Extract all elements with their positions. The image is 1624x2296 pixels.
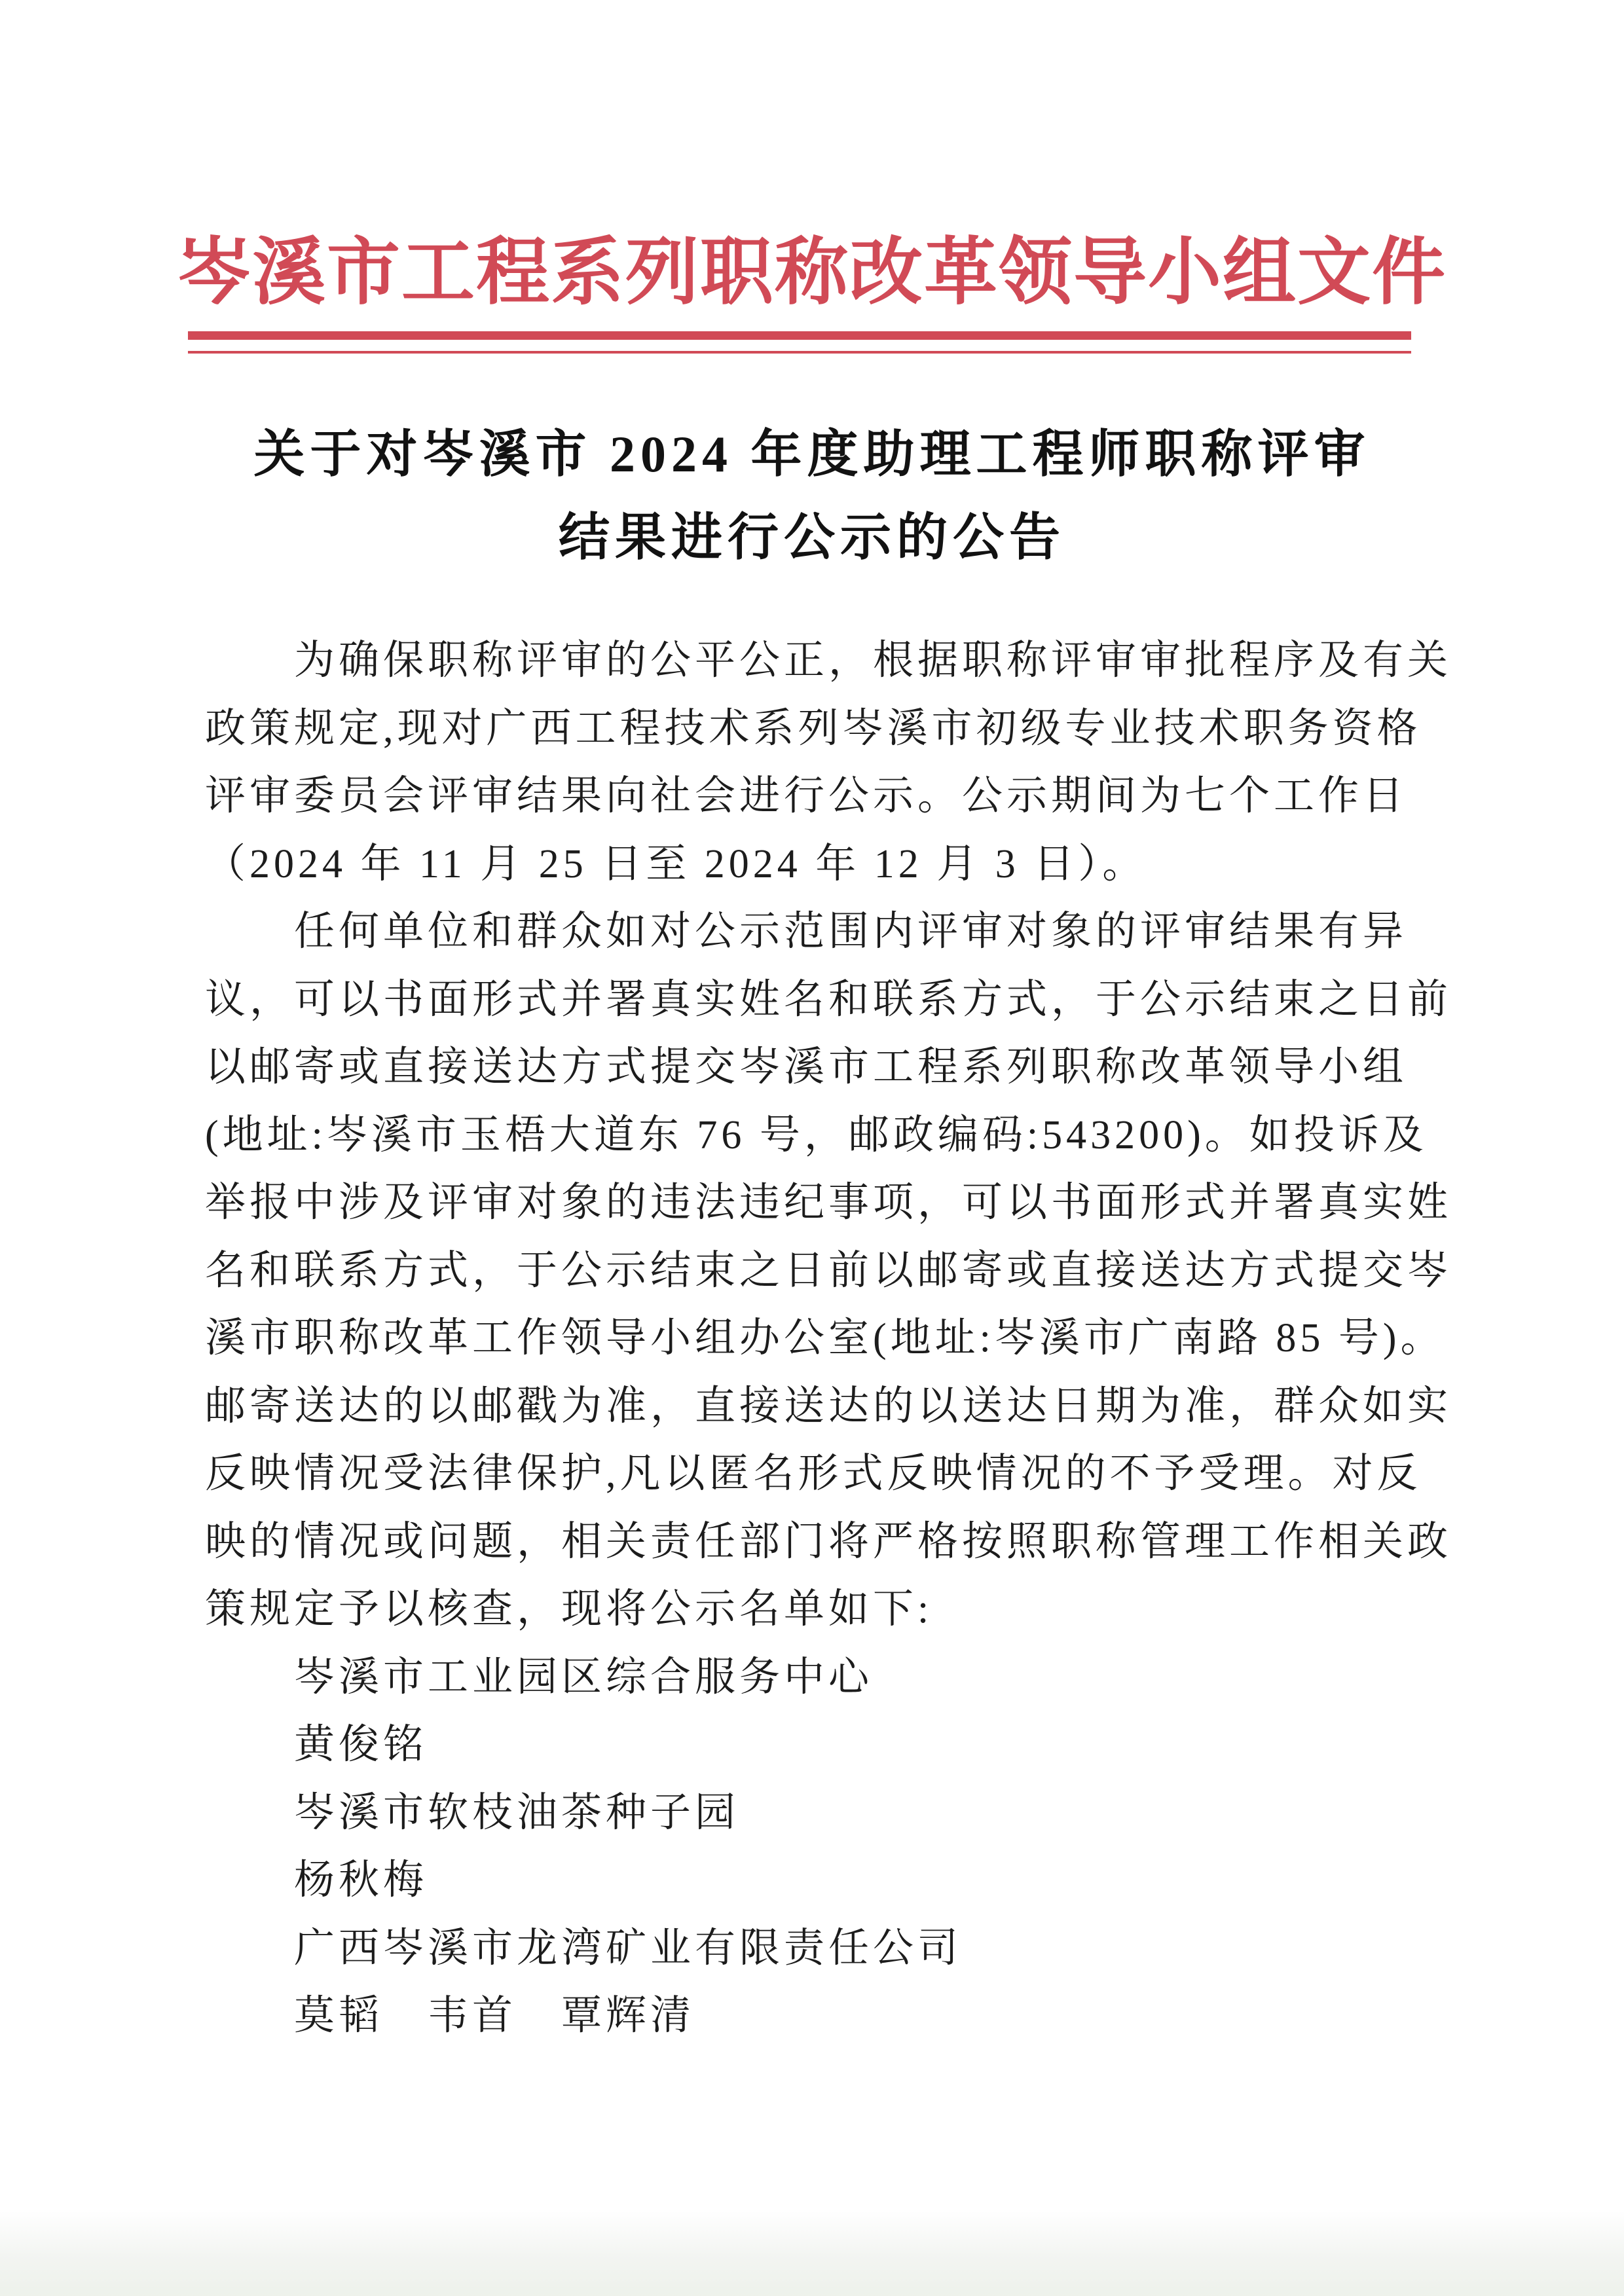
scanned-official-document-page: 岑溪市工程系列职称改革领导小组文件 关于对岑溪市 2024 年度助理工程师职称评… — [0, 0, 1624, 2296]
paragraph2-line: 以邮寄或直接送达方式提交岑溪市工程系列职称改革领导小组 — [205, 1034, 1416, 1102]
paragraph2-line: 反映情况受法律保护,凡以匿名形式反映情况的不予受理。对反 — [205, 1440, 1416, 1508]
paragraph2-line: 任何单位和群众如对公示范围内评审对象的评审结果有异 — [205, 898, 1416, 966]
document-title: 关于对岑溪市 2024 年度助理工程师职称评审 结果进行公示的公告 — [0, 412, 1624, 579]
paragraph2-line: (地址:岑溪市玉梧大道东 76 号，邮政编码:543200)。如投诉及 — [205, 1102, 1416, 1170]
paragraph2-line: 策规定予以核查，现将公示名单如下: — [205, 1576, 1416, 1644]
paragraph1-line: （2024 年 11 月 25 日至 2024 年 12 月 3 日）。 — [205, 831, 1416, 899]
letterhead-banner: 岑溪市工程系列职称改革领导小组文件 — [0, 230, 1624, 316]
document-title-line-2: 结果进行公示的公告 — [0, 496, 1624, 579]
roster-item-org: 广西岑溪市龙湾矿业有限责任公司 — [205, 1915, 1416, 1983]
roster-item-person: 黄俊铭 — [205, 1711, 1416, 1779]
paragraph1-line: 为确保职称评审的公平公正，根据职称评审审批程序及有关 — [205, 627, 1416, 695]
paragraph2-line: 溪市职称改革工作领导小组办公室(地址:岑溪市广南路 85 号)。 — [205, 1305, 1416, 1373]
scanner-shadow-band — [0, 2211, 1624, 2296]
paragraph1-line: 政策规定,现对广西工程技术系列岑溪市初级专业技术职务资格 — [205, 695, 1416, 763]
document-title-line-1: 关于对岑溪市 2024 年度助理工程师职称评审 — [0, 412, 1624, 496]
document-body: 为确保职称评审的公平公正，根据职称评审审批程序及有关 政策规定,现对广西工程技术… — [205, 627, 1416, 2050]
roster-item-org: 岑溪市软枝油茶种子园 — [205, 1779, 1416, 1848]
paragraph2-line: 名和联系方式，于公示结束之日前以邮寄或直接送达方式提交岑 — [205, 1237, 1416, 1305]
roster-item-persons: 莫韬 韦首 覃辉清 — [205, 1982, 1416, 2050]
paragraph2-line: 邮寄送达的以邮戳为准，直接送达的以送达日期为准，群众如实 — [205, 1373, 1416, 1441]
paragraph2-line: 映的情况或问题，相关责任部门将严格按照职称管理工作相关政 — [205, 1508, 1416, 1576]
paragraph1-line: 评审委员会评审结果向社会进行公示。公示期间为七个工作日 — [205, 763, 1416, 831]
letterhead-rule-thin — [188, 351, 1411, 354]
paragraph2-line: 议，可以书面形式并署真实姓名和联系方式，于公示结束之日前 — [205, 966, 1416, 1034]
roster-item-person: 杨秋梅 — [205, 1847, 1416, 1915]
paragraph2-line: 举报中涉及评审对象的违法违纪事项，可以书面形式并署真实姓 — [205, 1169, 1416, 1237]
roster-item-org: 岑溪市工业园区综合服务中心 — [205, 1644, 1416, 1712]
letterhead-rule-thick — [188, 331, 1411, 340]
